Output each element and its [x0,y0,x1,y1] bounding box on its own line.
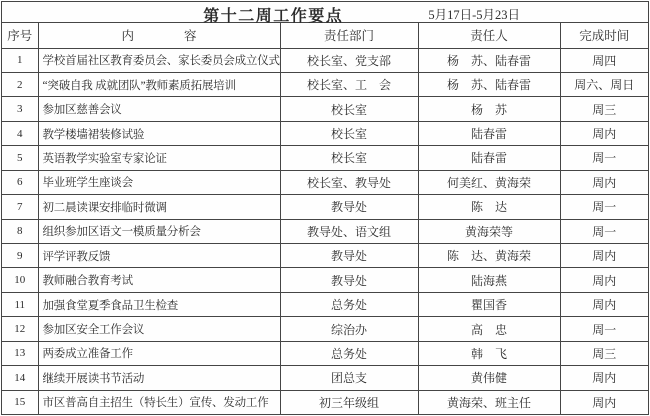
table-row: 1 学校首届社区教育委员会、家长委员会成立仪式 校长室、党支部 杨 苏、陆春雷 … [2,48,648,72]
content-cell: 教学楼墙裙装修试验 [38,121,280,145]
table-row: 9 评学评教反馈 教导处 陈 达、黄海荣 周内 [2,244,648,268]
content-cell: 毕业班学生座谈会 [38,170,280,194]
time-cell: 周一 [560,195,648,219]
row-number-cell: 14 [2,366,38,390]
person-cell: 杨 苏、陆春雷 [418,48,560,72]
person-cell: 黄海荣、班主任 [418,390,560,414]
dept-cell: 教导处 [280,244,418,268]
table-row: 4 教学楼墙裙装修试验 校长室 陆春雷 周内 [2,121,648,145]
dept-cell: 总务处 [280,341,418,365]
dept-cell: 校长室 [280,146,418,170]
row-number-cell: 9 [2,244,38,268]
person-cell: 陈 达 [418,195,560,219]
dept-cell: 校长室 [280,121,418,145]
content-cell: 参加区慈善会议 [38,97,280,121]
dept-cell: 团总支 [280,366,418,390]
col-header-person: 责任人 [418,23,560,48]
time-cell: 周内 [560,170,648,194]
content-cell: 初二晨读课安排临时微调 [38,195,280,219]
time-cell: 周内 [560,244,648,268]
row-number-cell: 15 [2,390,38,414]
weekly-work-plan-sheet: 第十二周工作要点 5月17日-5月23日 序号 内 容 责任部门 责任人 完成时… [1,1,649,415]
time-cell: 周一 [560,317,648,341]
table-row: 3 参加区慈善会议 校长室 杨 苏 周三 [2,97,648,121]
person-cell: 陈 达、黄海荣 [418,244,560,268]
dept-cell: 总务处 [280,292,418,316]
table-row: 8 组织参加区语文一模质量分析会 教导处、语文组 黄海荣等 周一 [2,219,648,243]
person-cell: 高 忠 [418,317,560,341]
content-cell: 学校首届社区教育委员会、家长委员会成立仪式 [38,48,280,72]
time-cell: 周内 [560,366,648,390]
person-cell: 陆春雷 [418,146,560,170]
dept-cell: 校长室、教导处 [280,170,418,194]
content-cell: 参加区安全工作会议 [38,317,280,341]
content-cell: 教师融合教育考试 [38,268,280,292]
dept-cell: 综治办 [280,317,418,341]
work-items-table: 序号 内 容 责任部门 责任人 完成时间 1 学校首届社区教育委员会、家长委员会… [2,23,648,414]
dept-cell: 校长室 [280,97,418,121]
row-number-cell: 12 [2,317,38,341]
person-cell: 陆春雷 [418,121,560,145]
time-cell: 周内 [560,292,648,316]
time-cell: 周三 [560,341,648,365]
dept-cell: 校长室、工 会 [280,72,418,96]
person-cell: 陆海燕 [418,268,560,292]
dept-cell: 教导处 [280,268,418,292]
content-cell: 组织参加区语文一模质量分析会 [38,219,280,243]
time-cell: 周内 [560,121,648,145]
dept-cell: 校长室、党支部 [280,48,418,72]
table-row: 10 教师融合教育考试 教导处 陆海燕 周内 [2,268,648,292]
row-number-cell: 2 [2,72,38,96]
row-number-cell: 13 [2,341,38,365]
content-cell: 加强食堂夏季食品卫生检查 [38,292,280,316]
row-number-cell: 7 [2,195,38,219]
row-number-cell: 10 [2,268,38,292]
header-row: 序号 内 容 责任部门 责任人 完成时间 [2,23,648,48]
person-cell: 瞿国香 [418,292,560,316]
col-header-no: 序号 [2,23,38,48]
col-header-dept: 责任部门 [280,23,418,48]
time-cell: 周内 [560,390,648,414]
time-cell: 周一 [560,146,648,170]
date-range: 5月17日-5月23日 [428,5,520,23]
time-cell: 周三 [560,97,648,121]
table-row: 14 继续开展读书节活动 团总支 黄伟健 周内 [2,366,648,390]
person-cell: 黄伟健 [418,366,560,390]
content-cell: “突破自我 成就团队”教师素质拓展培训 [38,72,280,96]
content-cell: 市区普高自主招生（特长生）宣传、发动工作 [38,390,280,414]
content-cell: 评学评教反馈 [38,244,280,268]
row-number-cell: 6 [2,170,38,194]
table-row: 15 市区普高自主招生（特长生）宣传、发动工作 初三年级组 黄海荣、班主任 周内 [2,390,648,414]
col-header-time: 完成时间 [560,23,648,48]
row-number-cell: 8 [2,219,38,243]
content-cell: 英语教学实验室专家论证 [38,146,280,170]
person-cell: 何美红、黄海荣 [418,170,560,194]
table-row: 7 初二晨读课安排临时微调 教导处 陈 达 周一 [2,195,648,219]
row-number-cell: 5 [2,146,38,170]
dept-cell: 初三年级组 [280,390,418,414]
row-number-cell: 3 [2,97,38,121]
time-cell: 周内 [560,268,648,292]
person-cell: 杨 苏、陆春雷 [418,72,560,96]
content-cell: 继续开展读书节活动 [38,366,280,390]
title-row: 第十二周工作要点 5月17日-5月23日 [2,2,648,23]
person-cell: 杨 苏 [418,97,560,121]
person-cell: 韩 飞 [418,341,560,365]
table-row: 5 英语教学实验室专家论证 校长室 陆春雷 周一 [2,146,648,170]
col-header-content: 内 容 [38,23,280,48]
table-row: 6 毕业班学生座谈会 校长室、教导处 何美红、黄海荣 周内 [2,170,648,194]
time-cell: 周四 [560,48,648,72]
time-cell: 周六、周日 [560,72,648,96]
table-row: 11 加强食堂夏季食品卫生检查 总务处 瞿国香 周内 [2,292,648,316]
content-cell: 两委成立准备工作 [38,341,280,365]
table-row: 12 参加区安全工作会议 综治办 高 忠 周一 [2,317,648,341]
dept-cell: 教导处、语文组 [280,219,418,243]
row-number-cell: 4 [2,121,38,145]
time-cell: 周一 [560,219,648,243]
table-row: 2 “突破自我 成就团队”教师素质拓展培训 校长室、工 会 杨 苏、陆春雷 周六… [2,72,648,96]
table-row: 13 两委成立准备工作 总务处 韩 飞 周三 [2,341,648,365]
row-number-cell: 11 [2,292,38,316]
person-cell: 黄海荣等 [418,219,560,243]
row-number-cell: 1 [2,48,38,72]
dept-cell: 教导处 [280,195,418,219]
page-title: 第十二周工作要点 [203,3,343,26]
